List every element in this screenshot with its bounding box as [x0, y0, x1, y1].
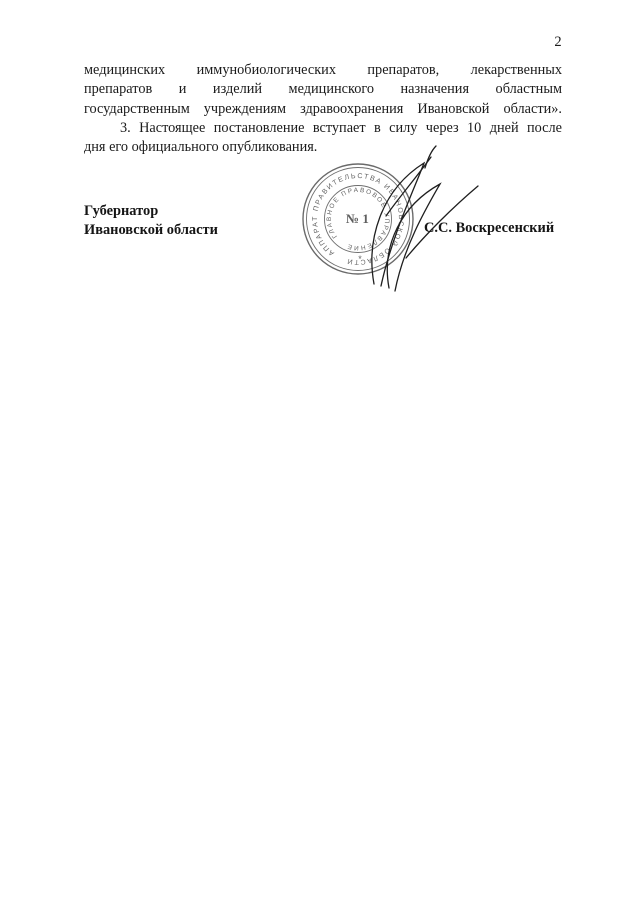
- signer-name: С.С. Воскресенский: [424, 220, 554, 237]
- body-line-5: дня его официального опубликования.: [84, 138, 562, 157]
- handwritten-signature-icon: [360, 140, 490, 340]
- document-page: 2 медицинских иммунобиологических препар…: [0, 0, 640, 905]
- signer-position-line1: Губернатор: [84, 202, 218, 221]
- signature-stroke-short-diagonal: [386, 157, 431, 216]
- signer-position-title: Губернатор Ивановской области: [84, 202, 218, 241]
- body-line-2: препаратов и изделий медицинского назнач…: [84, 80, 562, 99]
- page-number: 2: [550, 34, 566, 51]
- body-line-4: 3. Настоящее постановление вступает в си…: [84, 119, 562, 138]
- signer-position-line2: Ивановской области: [84, 221, 218, 240]
- body-line-3: государственным учреждениям здравоохране…: [84, 100, 562, 119]
- body-text: медицинских иммунобиологических препарат…: [84, 61, 562, 157]
- signature-stroke-loop-1: [372, 163, 424, 286]
- body-line-1: медицинских иммунобиологических препарат…: [84, 61, 562, 80]
